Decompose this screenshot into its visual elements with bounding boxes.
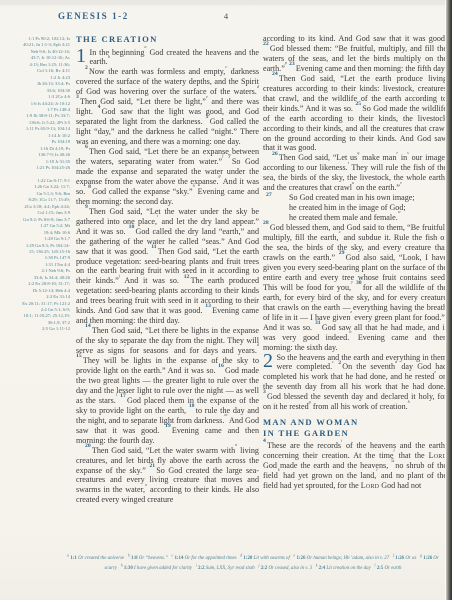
chapter-dropcap: 2 [263,353,273,371]
footnote-marker: d [395,359,397,364]
verse-number: 29 [339,250,345,256]
verse-number: 2 [85,65,88,71]
footnote-item: a 1:1 Or created the universe [67,556,124,561]
footnote-marker: j [119,273,120,278]
poetry-line: he created him in the image of God; [289,203,447,213]
footnote-marker: c [332,359,334,364]
verse-number: 18 [189,403,195,409]
footnote-marker: m [224,412,227,417]
footnote-marker: k [278,467,280,472]
footnote-marker: g [309,399,311,404]
verse-number: 4 [263,438,266,444]
footnote-item: j 2:2 Or ceased, also in v. 3 [258,566,312,571]
verse-number: 3 [263,389,266,395]
footnote-marker: i [341,438,342,443]
footnote-marker: x [339,229,341,234]
footnote-item: h 1:30 I have given added for clarity [121,566,192,571]
footnote-marker: o [145,482,147,487]
verse-paragraph: 2So the heavens and the earth and everyt… [263,353,447,413]
footnote-marker: h [408,399,410,404]
verse-number: 21 [149,463,155,469]
footnote-marker: w [398,209,401,214]
photo-top-edge [0,0,452,5]
verse-number: 3 [76,94,79,100]
text-column-left: THE CREATION1In the beginninga God creat… [76,34,259,550]
verse-paragraph: 28God blessed them, and God said to them… [263,223,447,352]
footnote-item: i 2:2 Sam, LXX, Syr read sixth [196,566,255,571]
verse-number: 25 [355,101,361,107]
section-heading: MAN AND WOMAN IN THE GARDEN [263,417,447,438]
footnote-item: b 1:8 Or “heavens.” [128,556,168,561]
verse-paragraph: 20Then God said, “Let the water swarm wi… [76,446,259,506]
footnote-item: k 2:4 Lit creation on the day [316,566,371,571]
footnote-marker: k [168,342,170,347]
footnote-marker: c [225,64,227,69]
verse-number: 22 [263,41,269,47]
verse-paragraph: 2Now the earth was formless and empty,c … [76,67,259,147]
footnote-item: f 1:26 Or as [393,556,417,561]
page-number: 4 [0,11,452,21]
footnote-marker: j [394,447,395,452]
footnote-item: l 2:5 Or earth [374,566,401,571]
verse-paragraph: according to its kind. And God saw that … [263,34,447,74]
text-column-right: according to its kind. And God saw that … [263,34,447,550]
page-right-edge [445,0,452,600]
verse-number: 23 [289,61,295,67]
verse-number: 4 [98,104,101,110]
verse-paragraph: 4These are the recordsi of the heavens a… [263,441,447,491]
footnote-marker: n [235,442,237,447]
chapter-dropcap: 1 [76,48,86,66]
footnote-marker: l [376,467,377,472]
verse-number: 12 [184,274,190,280]
footnote-marker: u [352,180,354,185]
verse-number: 9 [85,204,88,210]
footnote-item: c 1:14 Or for the appointed times [172,556,237,561]
verse-number: 5 [206,114,209,120]
footnote-marker: b [108,54,110,59]
verse-number: 10 [129,224,135,230]
footnote-marker: h [193,183,195,188]
footnote-marker: z [350,309,352,314]
footnote-marker: s [407,150,409,155]
verse-number: 28 [263,220,269,226]
verse-number: 26 [272,151,278,157]
footnote-marker: b [349,329,351,334]
verse-number: 6 [85,144,88,150]
footnote-marker: y [351,279,353,284]
footnote-marker: t [348,160,349,165]
verse-number: 11 [151,244,156,250]
cross-reference-margin: 1:1 Ps 90:2; 102:12; Is40:21; Jn 1:1-3; … [2,36,70,333]
footnote-marker: f [222,153,223,158]
verse-number: 2 [338,360,341,366]
verse-paragraph: 24Then God said, “Let the earth produce … [263,74,447,154]
verse-paragraph: 6Then God said, “Let there be an expanse… [76,147,259,207]
footnote-marker: l [116,392,117,397]
verse-paragraph: 1In the beginninga God created the heave… [76,48,259,68]
verse-number: 24 [272,71,278,77]
verse-number: 7 [228,154,231,160]
verse-number: 20 [85,443,91,449]
section-heading: THE CREATION [76,34,259,45]
poetry-line: So God created man in his own image; [289,193,447,203]
footnote-marker: e [206,94,208,99]
verse-paragraph: 9Then God said, “Let the water under the… [76,207,259,326]
footnote-marker: r [396,150,398,155]
footnote-marker: g [219,173,221,178]
verse-paragraph: 14Then God said, “Let there be lights in… [76,326,259,445]
verse-number: 5 [391,458,394,464]
verse-number: 17 [120,393,126,399]
poetry-stanza: 27So God created man in his own image;he… [263,193,447,223]
cross-reference-line: 2:5 Gn 1:11-12 [2,326,70,332]
verse-number: 8 [88,184,91,190]
footnote-marker: i [157,213,158,218]
footnote-marker: j [125,342,126,347]
footnote-marker: p [285,60,287,65]
footnote-marker: v [400,180,402,185]
verse-paragraph: 26Then God said, “Let usq make manr ins … [263,153,447,193]
verse-number: 14 [85,323,91,329]
verse-number: 19 [165,423,171,429]
verse-number: 15 [76,353,82,359]
verse-number: 16 [218,363,224,369]
footnotes-block: a 1:1 Or created the universe b 1:8 Or “… [64,552,442,572]
footnote-marker: a [144,44,146,49]
verse-number: 13 [205,303,211,309]
verse-number: 31 [315,320,321,326]
poetry-line: he created them male and female.w [289,213,447,223]
verse-number: 30 [356,280,362,286]
footnote-item: e 1:26 Or human beings; Hb ’adam, also i… [294,556,390,561]
footnote-item: d 1:20 Lit with swarms of [240,556,290,561]
small-caps-divine-name: Lord [361,481,379,490]
footnote-marker: d [257,342,259,347]
footnote-marker: e [434,369,436,374]
footnote-marker: d [257,84,259,89]
